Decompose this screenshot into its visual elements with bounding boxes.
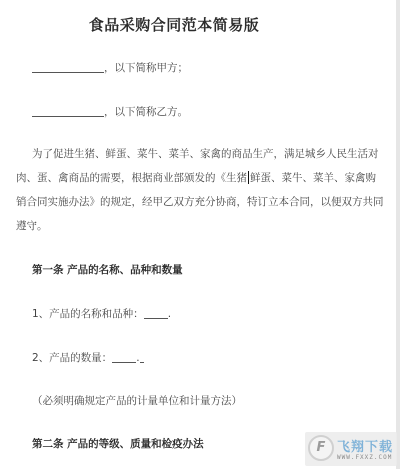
intro-line-2-after-cursor: 鲜蛋、菜牛、菜羊、家禽购	[250, 172, 376, 184]
intro-line-2: 肉、蛋、禽商品的需要，根据商业部颁发的《生猪鲜蛋、菜牛、菜羊、家禽购	[16, 170, 376, 185]
item-2-trailing-blank	[140, 352, 144, 363]
party-b-line[interactable]: ，以下简称乙方。	[32, 104, 188, 119]
item-2-label: 2、产品的数量：	[32, 352, 112, 364]
item-1-blank[interactable]	[144, 308, 168, 319]
section-2-heading: 第二条 产品的等级、质量和检疫办法	[32, 436, 204, 451]
item-1-label: 1、产品的名称和品种：	[32, 308, 144, 320]
watermark: F 飞翔下载 WWW.FXXZ.COM	[305, 432, 397, 466]
intro-line-1: 为了促进生猪、鲜蛋、菜牛、菜羊、家禽的商品生产，满足城乡人民生活对	[32, 146, 379, 161]
document-title: 食品采购合同范本简易版	[0, 14, 348, 35]
page-edge-scrollbar[interactable]	[396, 0, 400, 469]
section-1-note: （必须明确规定产品的计量单位和计量方法）	[32, 393, 242, 408]
section-1-item-1[interactable]: 1、产品的名称和品种：.	[32, 306, 171, 321]
section-1-heading: 第一条 产品的名称、品种和数量	[32, 262, 183, 277]
party-a-suffix: ，以下简称甲方；	[104, 62, 188, 74]
intro-line-3: 销合同实施办法》的规定，经甲乙双方充分协商，特订立本合同，以便双方共同	[16, 194, 384, 209]
text-cursor	[248, 171, 249, 184]
watermark-name: 飞翔下载	[337, 436, 393, 455]
party-a-blank[interactable]	[32, 62, 104, 73]
party-b-suffix: ，以下简称乙方。	[104, 106, 188, 118]
intro-line-2-before-cursor: 肉、蛋、禽商品的需要，根据商业部颁发的《生猪	[16, 172, 247, 184]
document-page[interactable]: 食品采购合同范本简易版 ，以下简称甲方； ，以下简称乙方。 为了促进生猪、鲜蛋、…	[0, 0, 396, 469]
party-b-blank[interactable]	[32, 106, 104, 117]
watermark-url: WWW.FXXZ.COM	[337, 454, 392, 461]
section-1-item-2[interactable]: 2、产品的数量：.	[32, 350, 144, 365]
intro-line-4: 遵守。	[16, 218, 48, 233]
party-a-line[interactable]: ，以下简称甲方；	[32, 60, 188, 75]
item-2-blank[interactable]	[112, 352, 136, 363]
item-1-suffix: .	[168, 308, 171, 320]
watermark-logo-icon: F	[308, 435, 334, 461]
